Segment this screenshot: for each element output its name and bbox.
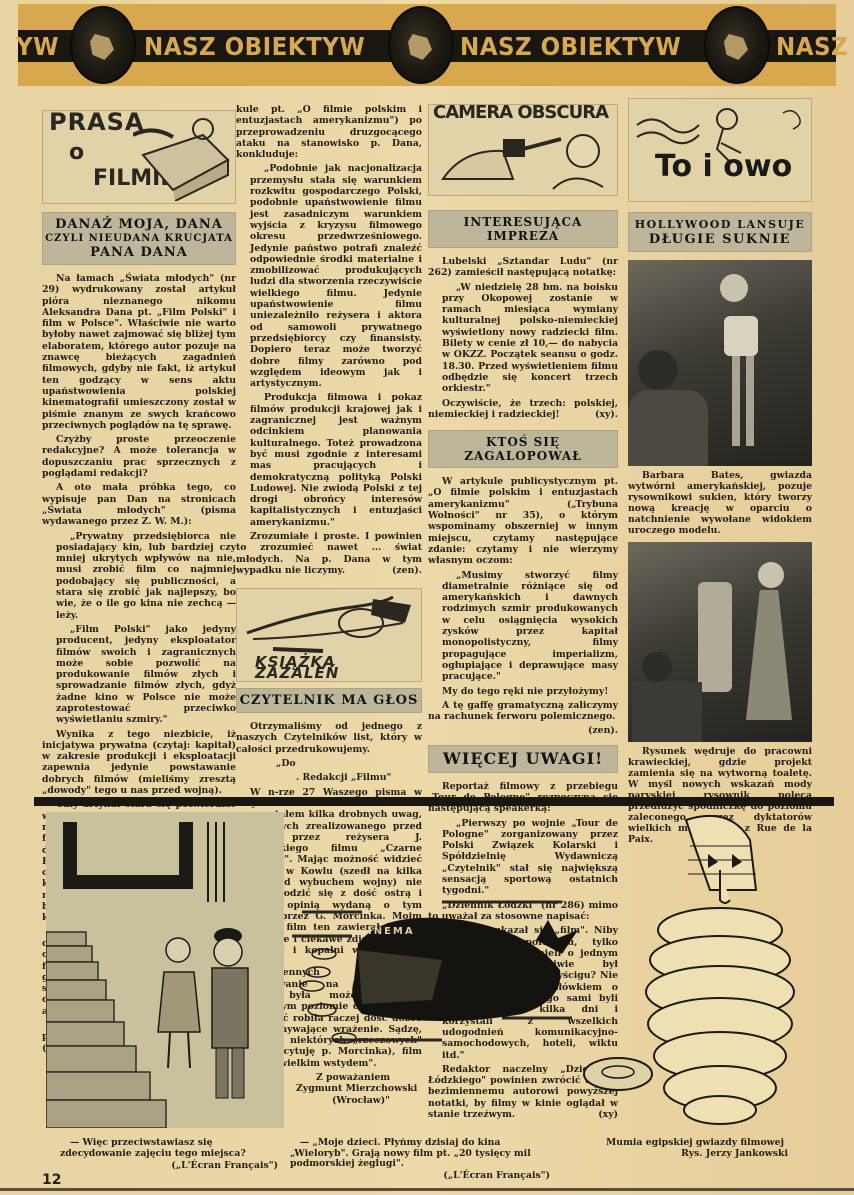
svg-text:INEMA: INEMA bbox=[368, 926, 415, 937]
article-paragraph: Wynika z tego niezbicie, iż inicjatywa p… bbox=[42, 729, 236, 797]
author-signature: (zen). bbox=[428, 725, 618, 736]
newspaper-page: YW NASZ OBIEKTYW NASZ OBIEKTYW NASZ PRAS… bbox=[0, 0, 854, 1195]
masthead-banner: YW NASZ OBIEKTYW NASZ OBIEKTYW NASZ bbox=[18, 4, 836, 86]
to-i-owo-logo: To i owo bbox=[628, 98, 812, 202]
cinema-couple-illustration bbox=[46, 812, 284, 1128]
film-projector-illustration bbox=[133, 115, 233, 201]
ksiazka-zazalen-logo: KSIĄŻKA ZAŻALEŃ bbox=[236, 588, 422, 682]
headline-interesujaca-impreza: INTERESUJĄCA IMPREZA bbox=[428, 210, 618, 248]
headline-wiecej-uwagi: WIĘCEJ UWAGI! bbox=[428, 745, 618, 773]
column-to-i-owo: To i owo HOLLYWOOD LANSUJE DŁUGIE SUKNIE… bbox=[628, 98, 812, 848]
article-paragraph: Na łamach „Świata młodych" (nr 29) wydru… bbox=[42, 273, 236, 431]
article-quote: „Prywatny przedsiębiorca nie posiadający… bbox=[42, 531, 236, 621]
film-reel-icon bbox=[388, 6, 454, 84]
page-number: 12 bbox=[42, 1172, 61, 1188]
cartoon-caption: Mumia egipskiej gwiazdy filmowej Rys. Je… bbox=[600, 1138, 790, 1159]
section-divider bbox=[34, 797, 834, 806]
article-paragraph: W artykule publicystycznym pt. „O filmie… bbox=[428, 476, 618, 566]
banner-text: YW bbox=[16, 32, 59, 61]
article-paragraph: kule pt. „O filmie polskim i entuzjastac… bbox=[236, 104, 422, 160]
article-quote: „W niedzielę 28 bm. na boisku przy Okopo… bbox=[428, 282, 618, 395]
article-paragraph: A tę gaffę gramatyczną zaliczymy na rach… bbox=[428, 700, 618, 723]
letter-address: „Do bbox=[236, 758, 422, 769]
headline-hollywood-lansuje: HOLLYWOOD LANSUJE DŁUGIE SUKNIE bbox=[628, 212, 812, 252]
article-paragraph: Zrozumiałe i proste. I powinien to zrozu… bbox=[236, 531, 422, 576]
cartoon-film-mummy bbox=[580, 810, 824, 1130]
letter-address: . Redakcji „Filmu" bbox=[236, 772, 422, 783]
article-quote: „Film Polski" jako jedyny producent, jed… bbox=[42, 624, 236, 726]
article-paragraph: Oczywiście, że trzech: polskiej, niemiec… bbox=[428, 398, 618, 421]
camera-man-illustration bbox=[433, 129, 613, 195]
page-bottom-rule bbox=[0, 1188, 854, 1191]
photo-caption: Barbara Bates, gwiazda wytwórni amerykań… bbox=[628, 470, 812, 536]
mummy-illustration bbox=[580, 810, 824, 1130]
whale-illustration: INEMA bbox=[292, 880, 582, 1060]
prasa-o-filmie-logo: PRASA o FILMIE bbox=[42, 110, 236, 204]
headline-czytelnik-ma-glos: CZYTELNIK MA GŁOS bbox=[236, 688, 422, 713]
film-reel-icon bbox=[704, 6, 770, 84]
banner-text: NASZ OBIEKTYW bbox=[144, 32, 365, 61]
article-paragraph: Otrzymaliśmy od jednego z naszych Czytel… bbox=[236, 721, 422, 755]
film-reel-icon bbox=[70, 6, 136, 84]
photo-barbara-bates-posing bbox=[628, 260, 812, 466]
camera-obscura-logo: CAMERA OBSCURA bbox=[428, 104, 618, 196]
banner-text: NASZ bbox=[776, 32, 848, 61]
banner-text: NASZ OBIEKTYW bbox=[460, 32, 681, 61]
headline-ktos-sie-zagalopowal: KTOŚ SIĘ ZAGALOPOWAŁ bbox=[428, 430, 618, 468]
cartoon-caption: — „Moje dzieci. Płyńmy dzisiaj do kina „… bbox=[290, 1138, 550, 1181]
article-quote: „Podobnie jak nacjonalizacja przemysłu s… bbox=[236, 163, 422, 389]
reader-illustration bbox=[243, 593, 417, 657]
headline-danaz-moja: DANAŻ MOJA, DANA CZYLI NIEUDANA KRUCJATA… bbox=[42, 212, 236, 265]
cartoon-whale-cinema: INEMA bbox=[292, 880, 582, 1060]
article-paragraph: A oto mała próbka tego, co wypisuje pan … bbox=[42, 482, 236, 527]
article-paragraph: Czyżby proste przeoczenie redakcyjne? A … bbox=[42, 434, 236, 479]
article-paragraph: My do tego ręki nie przyłożymy! bbox=[428, 686, 618, 697]
article-quote: Produkcja filmowa i pokaz filmów produkc… bbox=[236, 392, 422, 528]
photo-dressmaking-studio bbox=[628, 542, 812, 742]
cartoon-caption: — Więc przeciwstawiasz się zdecydowanie … bbox=[60, 1138, 278, 1172]
article-paragraph: Lubelski „Sztandar Ludu" (nr 262) zamieś… bbox=[428, 256, 618, 279]
cartoon-cinema-seats bbox=[46, 812, 284, 1128]
article-quote: „Musimy stworzyć filmy diametralnie różn… bbox=[428, 570, 618, 683]
